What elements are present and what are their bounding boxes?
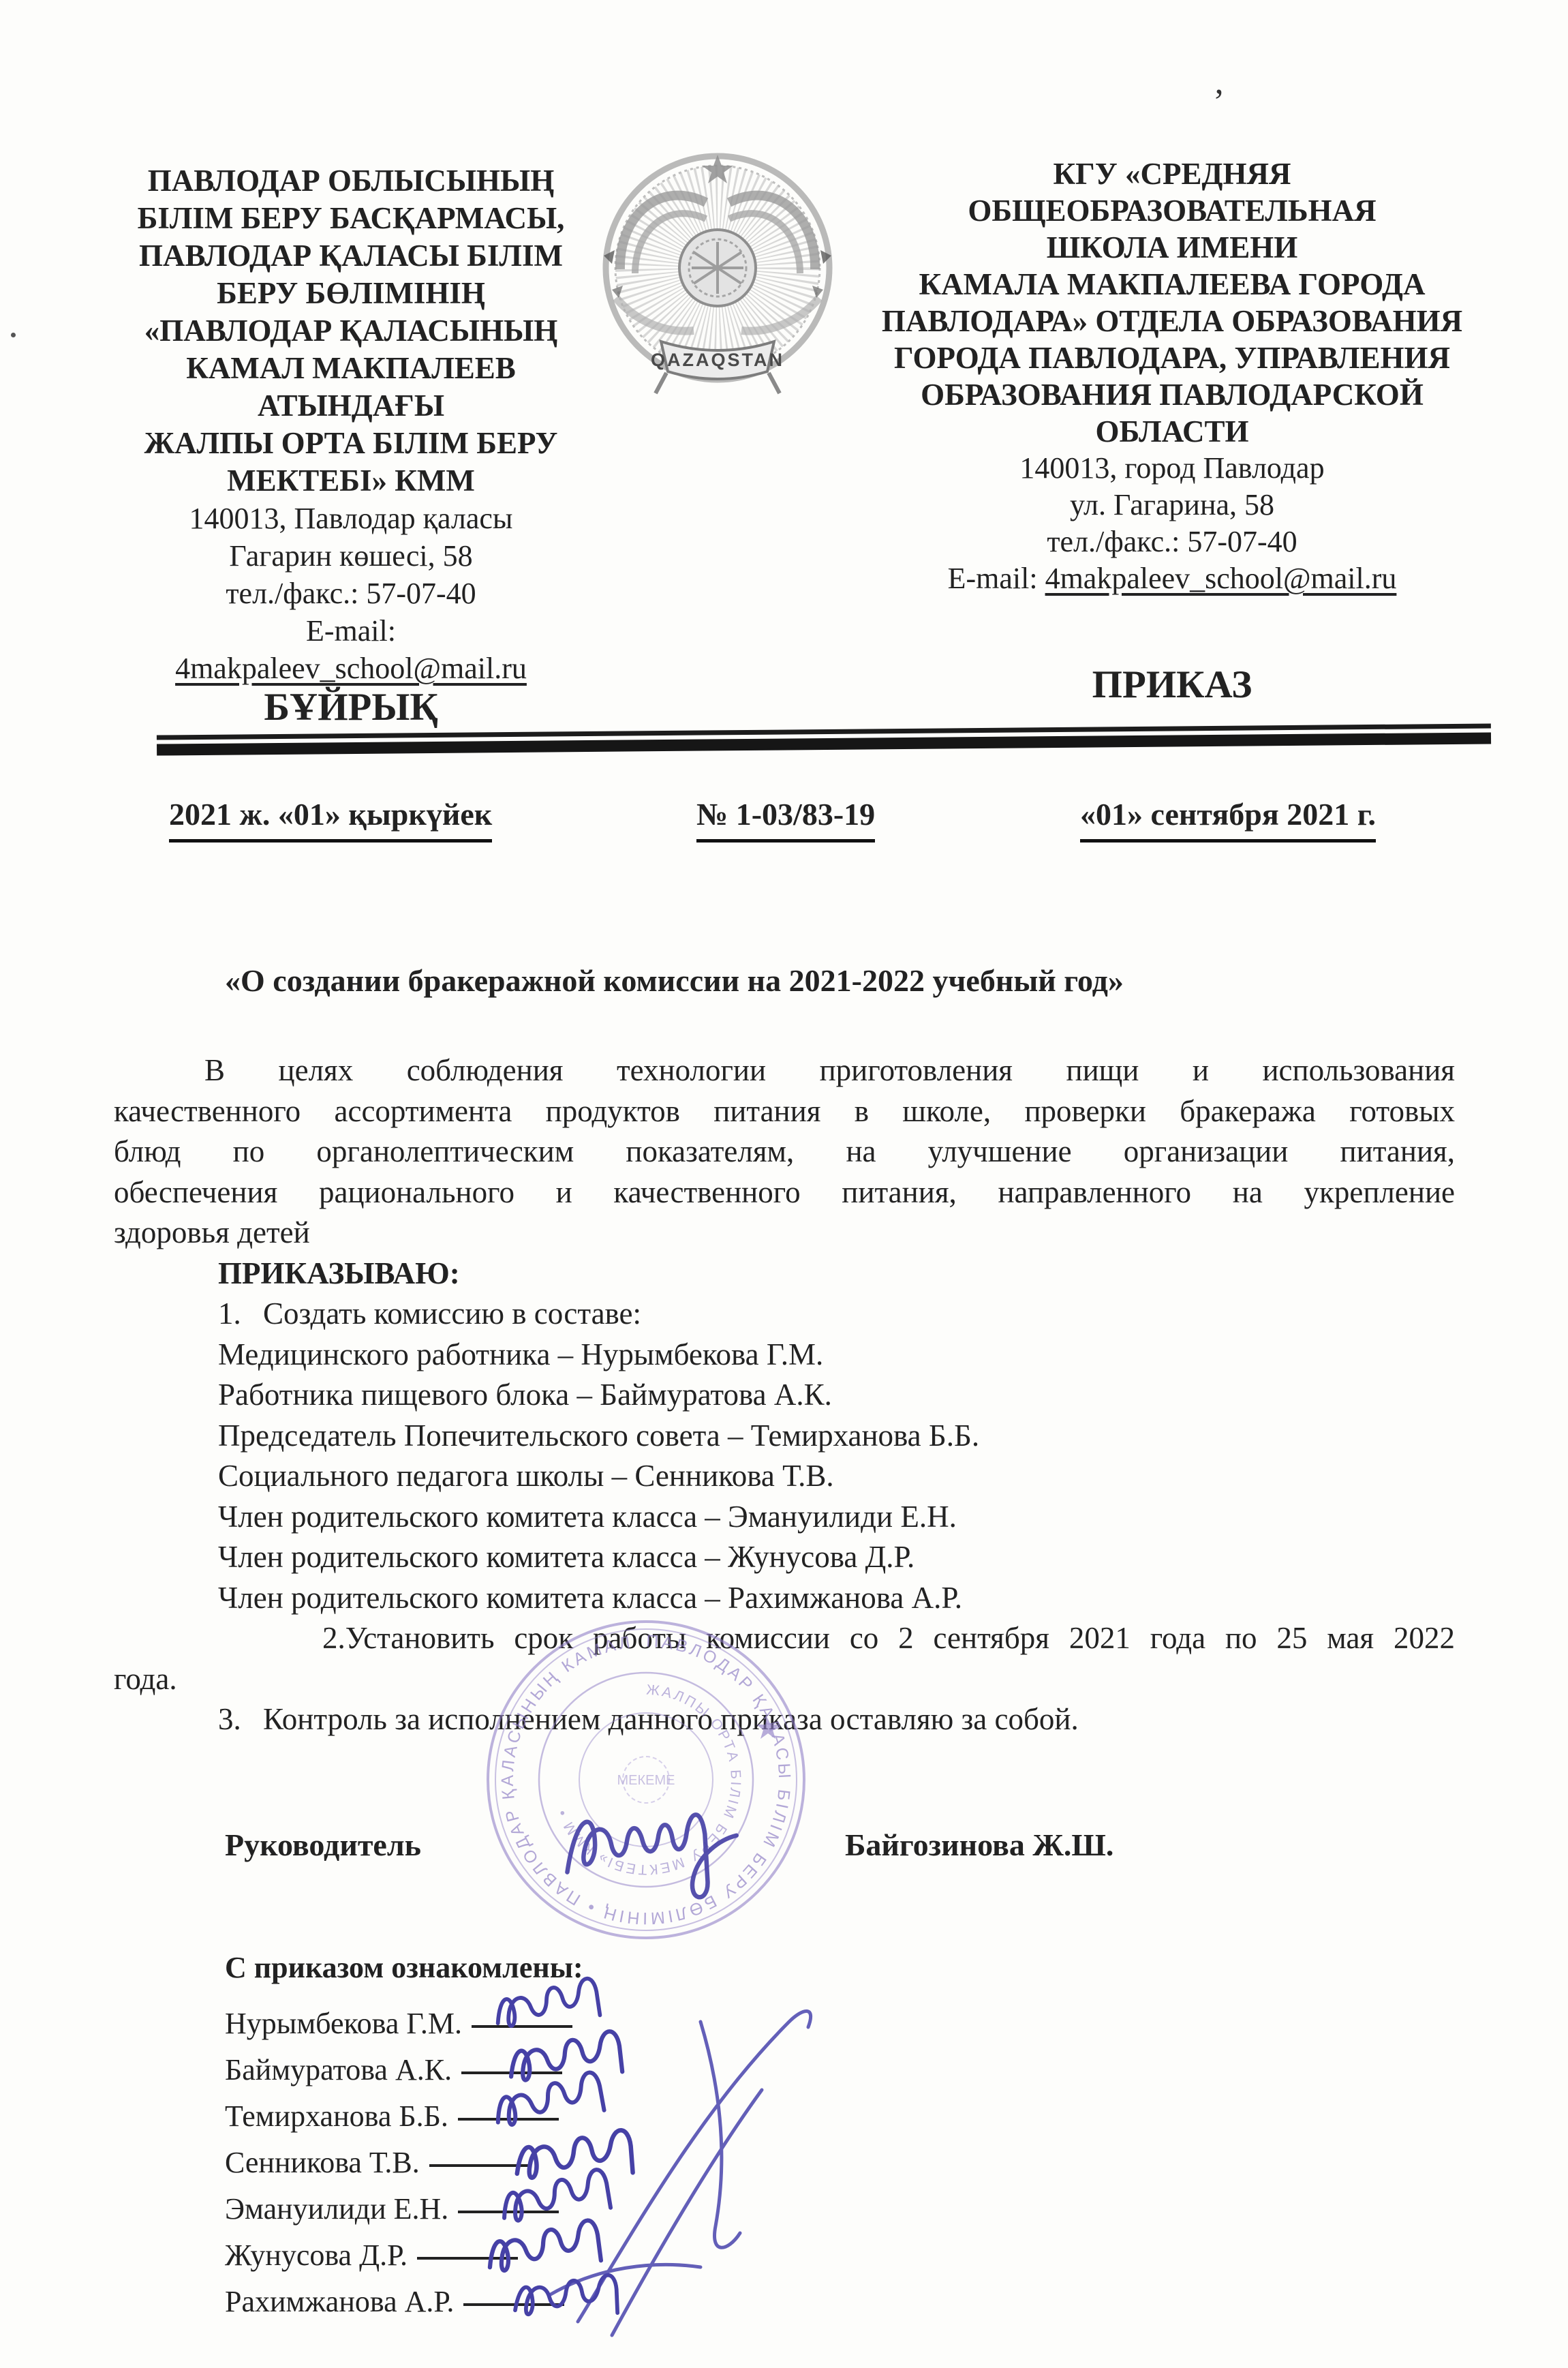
order-number: № 1-03/83-19 xyxy=(696,796,875,843)
org-name-kazakh: ПАВЛОДАР ОБЛЫСЫНЫҢБІЛІМ БЕРУ БАСҚАРМАСЫ,… xyxy=(116,162,586,687)
signature-blank-line xyxy=(417,2257,518,2260)
org-line: ОБРАЗОВАНИЯ ПАВЛОДАРСКОЙ xyxy=(845,376,1499,413)
org-line: ОБЛАСТИ xyxy=(845,413,1499,450)
org-name-kazakh-lines: ПАВЛОДАР ОБЛЫСЫНЫҢБІЛІМ БЕРУ БАСҚАРМАСЫ,… xyxy=(116,162,586,500)
org-line: ПАВЛОДАР ҚАЛАСЫ БІЛІМ xyxy=(116,237,586,275)
commission-member: Социального педагога школы – Сенникова Т… xyxy=(114,1456,1455,1497)
signature-blank-line xyxy=(458,2211,559,2213)
kazakhstan-coat-of-arms-icon: QAZAQSTAN xyxy=(585,140,850,409)
street-line: Гагарин көшесі, 58 xyxy=(116,537,586,575)
commission-member: Член родительского комитета класса – Эма… xyxy=(114,1497,1455,1538)
postal-line: 140013, Павлодар қаласы xyxy=(116,500,586,537)
signature-blank-line xyxy=(461,2071,562,2074)
person-name: Темирханова Б.Б. xyxy=(225,2099,448,2133)
person-name: Эмануилиди Е.Н. xyxy=(225,2192,448,2226)
acknowledgment-row: Эмануилиди Е.Н. xyxy=(225,2186,583,2232)
acknowledgment-block: С приказом ознакомлены: Нурымбекова Г.М.… xyxy=(225,1945,583,2325)
emblem-banner-text: QAZAQSTAN xyxy=(651,350,784,370)
doc-type-kazakh: БҰЙРЫҚ xyxy=(116,685,586,729)
org-line: КГУ «СРЕДНЯЯ xyxy=(845,155,1499,192)
doc-type-russian: ПРИКАЗ xyxy=(845,663,1499,707)
item-number: 2. xyxy=(218,1618,345,1659)
email-address: 4makpaleev_school@mail.ru xyxy=(116,650,586,687)
person-name: Сенникова Т.В. xyxy=(225,2146,420,2179)
person-name: Нурымбекова Г.М. xyxy=(225,2007,462,2040)
order-keyword: ПРИКАЗЫВАЮ: xyxy=(114,1254,1455,1294)
scanned-order-document: ПАВЛОДАР ОБЛЫСЫНЫҢБІЛІМ БЕРУ БАСҚАРМАСЫ,… xyxy=(0,0,1568,2368)
acknowledgment-names: Нурымбекова Г.М. Баймуратова А.К. Темирх… xyxy=(225,2001,583,2325)
org-line: ПАВЛОДАР ОБЛЫСЫНЫҢ xyxy=(116,162,586,200)
acknowledgment-row: Темирханова Б.Б. xyxy=(225,2093,583,2140)
email-label: E-mail: xyxy=(948,562,1045,595)
paragraph-line: здоровья детей xyxy=(114,1213,1455,1254)
item-number: 1. xyxy=(218,1294,263,1335)
director-handwritten-signature xyxy=(557,1776,803,1923)
commission-member: Член родительского комитета класса – Рах… xyxy=(114,1578,1455,1619)
org-line: ЖАЛПЫ ОРТА БІЛІМ БЕРУ xyxy=(116,425,586,462)
person-name: Жунусова Д.Р. xyxy=(225,2238,408,2272)
org-line: БІЛІМ БЕРУ БАСҚАРМАСЫ, xyxy=(116,200,586,237)
acknowledgment-row: Баймуратова А.К. xyxy=(225,2047,583,2093)
commission-member: Председатель Попечительского совета – Те… xyxy=(114,1416,1455,1457)
street-line: ул. Гагарина, 58 xyxy=(845,487,1499,523)
signature-name: Байгозинова Ж.Ш. xyxy=(845,1827,1113,1863)
item-text: Создать комиссию в составе: xyxy=(263,1296,641,1331)
acknowledgment-row: Сенникова Т.В. xyxy=(225,2140,583,2186)
postal-line: 140013, город Павлодар xyxy=(845,450,1499,487)
org-line: «ПАВЛОДАР ҚАЛАСЫНЫҢ xyxy=(116,312,586,350)
paragraph-line: блюд по органолептическим показателям, н… xyxy=(114,1132,1455,1172)
person-name: Баймуратова А.К. xyxy=(225,2053,452,2086)
org-name-russian: КГУ «СРЕДНЯЯОБЩЕОБРАЗОВАТЕЛЬНАЯШКОЛА ИМЕ… xyxy=(845,155,1499,597)
email-line: E-mail: 4makpaleev_school@mail.ru xyxy=(845,560,1499,597)
signature-blank-line xyxy=(429,2164,530,2167)
order-item-1: 1.Создать комиссию в составе: xyxy=(114,1294,1455,1335)
commission-member: Член родительского комитета класса – Жун… xyxy=(114,1537,1455,1578)
org-line: КАМАЛА МАКПАЛЕЕВА ГОРОДА xyxy=(845,266,1499,303)
org-line: АТЫНДАҒЫ xyxy=(116,387,586,425)
email-address: 4makpaleev_school@mail.ru xyxy=(1045,562,1397,595)
acknowledgment-row: Рахимжанова А.Р. xyxy=(225,2279,583,2325)
acknowledgment-row: Жунусова Д.Р. xyxy=(225,2232,583,2279)
org-line: БЕРУ БӨЛІМІНІҢ xyxy=(116,275,586,312)
phone-line: тел./факс.: 57-07-40 xyxy=(845,523,1499,560)
org-line: МЕКТЕБІ» КММ xyxy=(116,462,586,500)
paragraph-line: качественного ассортимента продуктов пит… xyxy=(114,1091,1455,1132)
signature-blank-line xyxy=(472,2025,572,2028)
acknowledgment-row: Нурымбекова Г.М. xyxy=(225,2001,583,2047)
org-line: ОБЩЕОБРАЗОВАТЕЛЬНАЯ xyxy=(845,192,1499,229)
acknowledgment-heading: С приказом ознакомлены: xyxy=(225,1945,583,1991)
org-address-russian: 140013, город Павлодар ул. Гагарина, 58 … xyxy=(845,450,1499,597)
email-label: E-mail: xyxy=(116,612,586,650)
org-line: ГОРОДА ПАВЛОДАРА, УПРАВЛЕНИЯ xyxy=(845,339,1499,376)
phone-line: тел./факс.: 57-07-40 xyxy=(116,575,586,612)
org-line: КАМАЛ МАКПАЛЕЕВ xyxy=(116,350,586,387)
scan-artifact-dot xyxy=(11,333,16,337)
commission-member: Работника пищевого блока – Баймуратова А… xyxy=(114,1375,1455,1416)
paragraph-line: В целях соблюдения технологии приготовле… xyxy=(114,1050,1455,1091)
paragraph-line: обеспечения рационального и качественног… xyxy=(114,1172,1455,1213)
signature-role: Руководитель xyxy=(225,1827,421,1863)
scan-artifact-mark: ’ xyxy=(1213,82,1225,122)
org-name-russian-lines: КГУ «СРЕДНЯЯОБЩЕОБРАЗОВАТЕЛЬНАЯШКОЛА ИМЕ… xyxy=(845,155,1499,450)
org-line: ШКОЛА ИМЕНИ xyxy=(845,229,1499,266)
commission-member: Медицинского работника – Нурымбекова Г.М… xyxy=(114,1335,1455,1376)
order-date-kazakh: 2021 ж. «01» қыркүйек xyxy=(169,796,492,843)
org-address-kazakh: 140013, Павлодар қаласы Гагарин көшесі, … xyxy=(116,500,586,687)
person-name: Рахимжанова А.Р. xyxy=(225,2285,454,2318)
commission-members: Медицинского работника – Нурымбекова Г.М… xyxy=(114,1335,1455,1619)
org-line: ПАВЛОДАРА» ОТДЕЛА ОБРАЗОВАНИЯ xyxy=(845,303,1499,339)
signature-blank-line xyxy=(463,2303,564,2306)
order-title: «О создании бракеражной комиссии на 2021… xyxy=(225,962,1124,999)
order-date-russian: «01» сентября 2021 г. xyxy=(1080,796,1376,843)
signature-blank-line xyxy=(458,2118,559,2121)
item-number: 3. xyxy=(218,1699,263,1740)
